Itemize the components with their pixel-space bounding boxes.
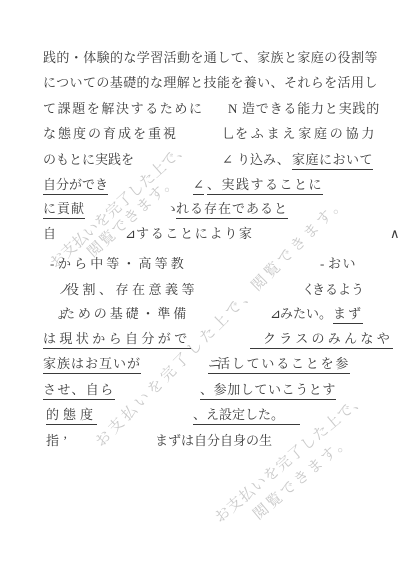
text-segment: 自分ができ (43, 177, 108, 195)
text-segment: な態度の育成を重視 (43, 126, 178, 141)
text-segment: 指 (46, 433, 59, 448)
text-segment: 自 (43, 226, 56, 241)
text-segment: れる存在であると (176, 201, 288, 219)
text-segment: することにより家 (136, 226, 254, 241)
text-segment: クラスのみんなや (250, 331, 393, 349)
text-segment: みたい。 (280, 306, 332, 321)
text-segment: 、え設定した。 (193, 407, 300, 425)
text-segment: 的態度 (46, 407, 97, 425)
text-segment: 乚 (222, 126, 235, 141)
text-segment: ‐ (320, 256, 324, 271)
text-segment: ’ (63, 433, 67, 448)
text-segment: 、参加していこうとす (200, 382, 336, 400)
text-segment: から中等・高等教 (58, 256, 187, 271)
text-segment: て課題を解決するために (43, 101, 204, 116)
text-segment: 活していることを参 (217, 356, 350, 374)
text-segment: についての基礎的な理解と技能を養い、それらを活用し (43, 75, 378, 90)
text-segment: 役割、存在意義等 (66, 282, 198, 297)
text-segment: ∠ (193, 177, 204, 195)
text-segment: 造できる能力と実践的 (242, 101, 380, 116)
text-segment: おい (328, 256, 357, 271)
text-segment: り込み、 (237, 152, 290, 167)
text-segment: ∠ (222, 152, 233, 167)
text-segment: まず (333, 306, 363, 324)
text-segment: まずは自分自身の生 (155, 433, 272, 448)
text-segment: に貢献 (43, 201, 85, 219)
text-segment: ‐ (50, 256, 54, 271)
text-segment: N (228, 101, 237, 116)
text-segment: 家族はお互いが (43, 356, 141, 374)
document-page: お支払いを完了した上で、閲覧できます。お支払いを完了した上で、閲覧できます。お支… (0, 0, 411, 580)
text-segment: させ、自ら (43, 382, 115, 400)
text-segment: ⊿ (125, 226, 136, 241)
text-segment: ための基礎・準備 (62, 306, 189, 321)
text-segment: のもとに実践を (43, 152, 134, 167)
text-segment: ∧ (390, 226, 400, 241)
text-segment: 践的・体験的な学習活動を通して、家族と家庭の役割等 (43, 50, 378, 65)
text-segment: 、実践することに (207, 177, 323, 195)
text-segment: きるよう (312, 282, 364, 297)
text-segment: 家庭において (292, 152, 373, 170)
text-segment: は現状から自分がで (43, 331, 191, 349)
text-segment: をふまえ家庭の協力 (235, 126, 377, 141)
